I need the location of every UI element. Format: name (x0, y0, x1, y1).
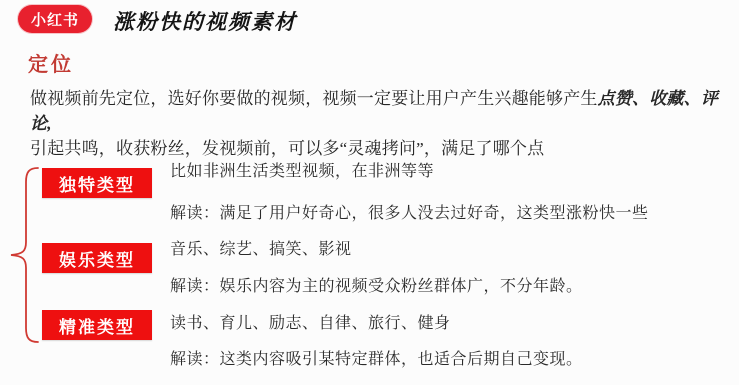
intro-line1: 做视频前先定位，选好你要做的视频，视频一定要让用户产生兴趣能够产生 (30, 89, 598, 108)
category-example-unique: 比如非洲生活类型视频，在非洲等等 (170, 158, 434, 181)
section-heading-positioning: 定位 (28, 48, 74, 77)
xiaohongshu-logo: 小红书 (18, 5, 92, 33)
curly-brace-icon (2, 166, 44, 344)
category-label-entertainment: 娱乐类型 (42, 243, 152, 273)
category-note-unique: 解读：满足了用户好奇心，很多人没去过好奇，这类型涨粉快一些 (170, 200, 649, 223)
slide-canvas: 小红书 涨粉快的视频素材 定位 做视频前先定位，选好你要做的视频，视频一定要让用… (0, 0, 739, 385)
category-note-entertainment: 解读：娱乐内容为主的视频受众粉丝群体广，不分年龄。 (170, 273, 583, 296)
category-example-entertainment: 音乐、综艺、搞笑、影视 (170, 236, 352, 259)
page-title: 涨粉快的视频素材 (113, 6, 297, 36)
category-example-precise: 读书、育儿、励志、自律、旅行、健身 (170, 310, 451, 333)
category-note-precise: 解读：这类内容吸引某特定群体，也适合后期自己变现。 (170, 346, 583, 369)
intro-paragraph: 做视频前先定位，选好你要做的视频，视频一定要让用户产生兴趣能够产生点赞、收藏、评… (30, 86, 736, 161)
intro-line2: 引起共鸣，收获粉丝，发视频前，可以多“灵魂拷问”，满足了哪个点 (30, 139, 544, 158)
xiaohongshu-logo-text: 小红书 (31, 9, 79, 30)
category-label-precise: 精准类型 (42, 310, 152, 340)
category-label-unique: 独特类型 (42, 168, 152, 198)
